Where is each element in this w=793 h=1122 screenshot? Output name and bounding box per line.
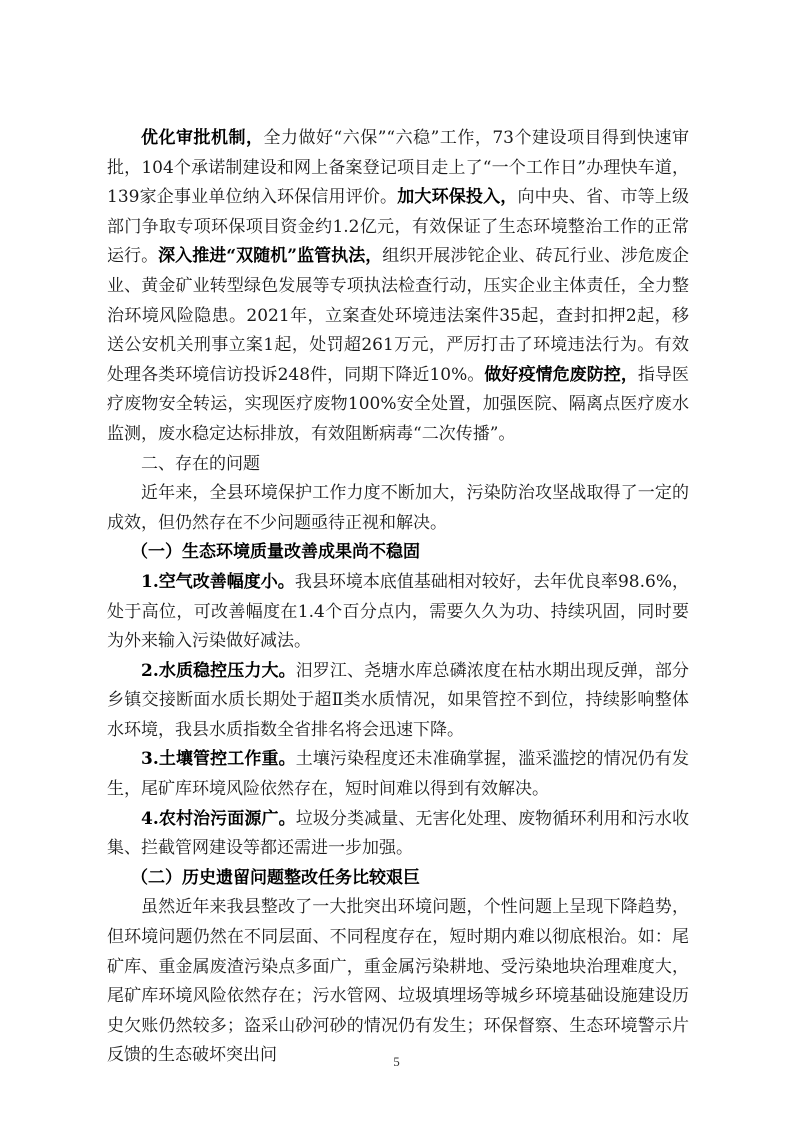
section-heading-problems: 二、存在的问题	[107, 450, 689, 480]
text-run: 虽然近年来我县整改了一大批突出环境问题，个性问题上呈现下降趋势，但环境问题仍然在…	[107, 897, 689, 1065]
bold-lead-rural: 4.农村治污面源广。	[141, 809, 296, 829]
bold-lead-epidemic: 做好疫情危废防控，	[484, 365, 638, 385]
page-number: 5	[0, 1054, 793, 1070]
paragraph-historical: 虽然近年来我县整改了一大批突出环境问题，个性问题上呈现下降趋势，但环境问题仍然在…	[107, 893, 689, 1071]
paragraph-water: 2.水质稳控压力大。汨罗江、尧塘水库总磷浓度在枯水期出现反弹，部分乡镇交接断面水…	[107, 657, 689, 746]
paragraph-problems-intro: 近年来，全县环境保护工作力度不断加大，污染防治攻坚战取得了一定的成效，但仍然存在…	[107, 479, 689, 538]
paragraph-achievements: 优化审批机制，全力做好“六保”“六稳”工作，73个建设项目得到快速审批，104个…	[107, 124, 689, 450]
paragraph-soil: 3.土壤管控工作重。土壤污染程度还未准确掌握，滥采滥挖的情况仍有发生，尾矿库环境…	[107, 745, 689, 804]
paragraph-rural: 4.农村治污面源广。垃圾分类减量、无害化处理、废物循环利用和污水收集、拦截管网建…	[107, 805, 689, 864]
subheading-environment-quality: （一）生态环境质量改善成果尚不稳固	[107, 538, 689, 568]
bold-lead-soil: 3.土壤管控工作重。	[141, 749, 296, 769]
bold-lead-investment: 加大环保投入，	[397, 187, 517, 207]
bold-lead-approval: 优化审批机制，	[141, 128, 264, 148]
document-page: 优化审批机制，全力做好“六保”“六稳”工作，73个建设项目得到快速审批，104个…	[107, 124, 689, 1071]
bold-lead-air: 1.空气改善幅度小。	[141, 572, 295, 592]
text-run: 近年来，全县环境保护工作力度不断加大，污染防治攻坚战取得了一定的成效，但仍然存在…	[107, 483, 689, 533]
bold-lead-water: 2.水质稳控压力大。	[141, 661, 296, 681]
bold-lead-enforcement: 深入推进“双随机”监管执法，	[158, 246, 382, 266]
paragraph-air: 1.空气改善幅度小。我县环境本底值基础相对较好，去年优良率98.6%，处于高位，…	[107, 568, 689, 657]
subheading-historical-issues: （二）历史遗留问题整改任务比较艰巨	[107, 864, 689, 894]
